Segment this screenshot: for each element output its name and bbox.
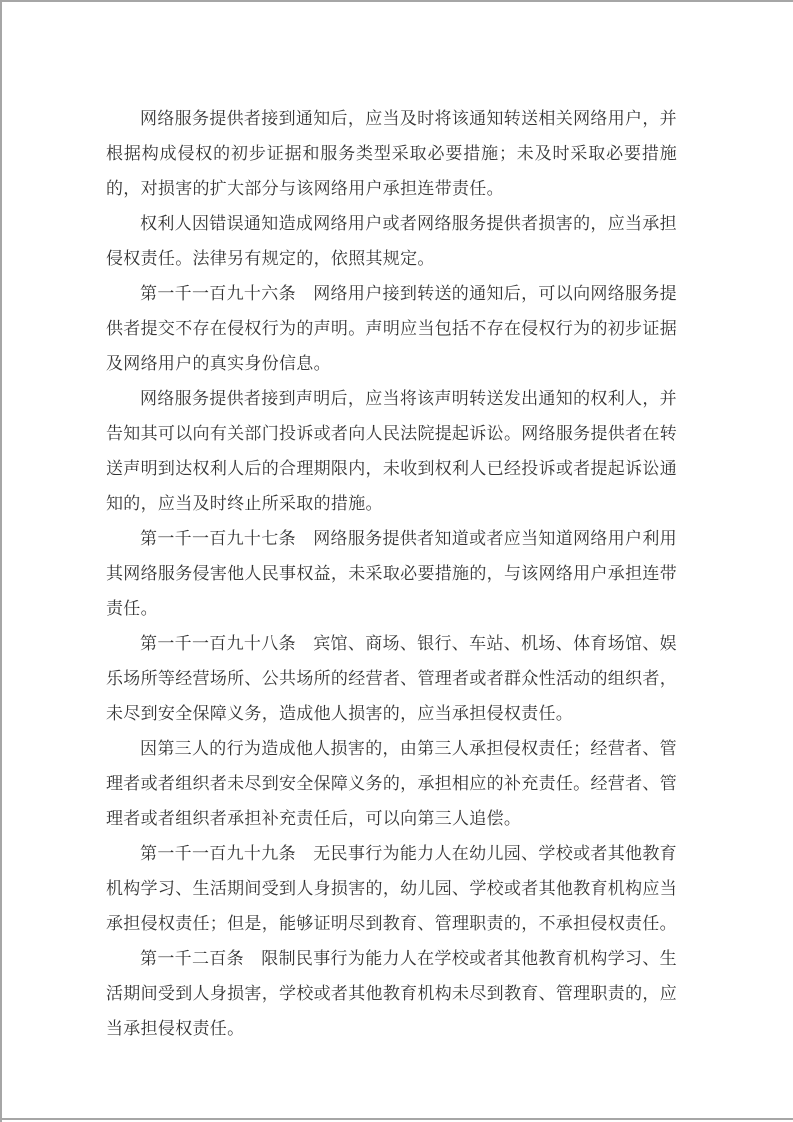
paragraph-article-1196: 第一千一百九十六条 网络用户接到转送的通知后，可以向网络服务提供者提交不存在侵权… [106, 276, 677, 381]
page-border-bottom [0, 1118, 793, 1120]
page-border-left [0, 0, 2, 1122]
paragraph-article-1197: 第一千一百九十七条 网络服务提供者知道或者应当知道网络用户利用其网络服务侵害他人… [106, 521, 677, 626]
document-page: 网络服务提供者接到通知后，应当及时将该通知转送相关网络用户，并根据构成侵权的初步… [0, 0, 793, 1122]
paragraph: 网络服务提供者接到通知后，应当及时将该通知转送相关网络用户，并根据构成侵权的初步… [106, 101, 677, 206]
paragraph: 权利人因错误通知造成网络用户或者网络服务提供者损害的，应当承担侵权责任。法律另有… [106, 206, 677, 276]
paragraph-article-1198: 第一千一百九十八条 宾馆、商场、银行、车站、机场、体育场馆、娱乐场所等经营场所、… [106, 626, 677, 731]
paragraph-article-1200: 第一千二百条 限制民事行为能力人在学校或者其他教育机构学习、生活期间受到人身损害… [106, 941, 677, 1046]
text-column: 网络服务提供者接到通知后，应当及时将该通知转送相关网络用户，并根据构成侵权的初步… [106, 101, 677, 1046]
page-border-top [0, 0, 793, 2]
paragraph: 网络服务提供者接到声明后，应当将该声明转送发出通知的权利人，并告知其可以向有关部… [106, 381, 677, 521]
paragraph: 因第三人的行为造成他人损害的，由第三人承担侵权责任；经营者、管理者或者组织者未尽… [106, 731, 677, 836]
paragraph-article-1199: 第一千一百九十九条 无民事行为能力人在幼儿园、学校或者其他教育机构学习、生活期间… [106, 836, 677, 941]
